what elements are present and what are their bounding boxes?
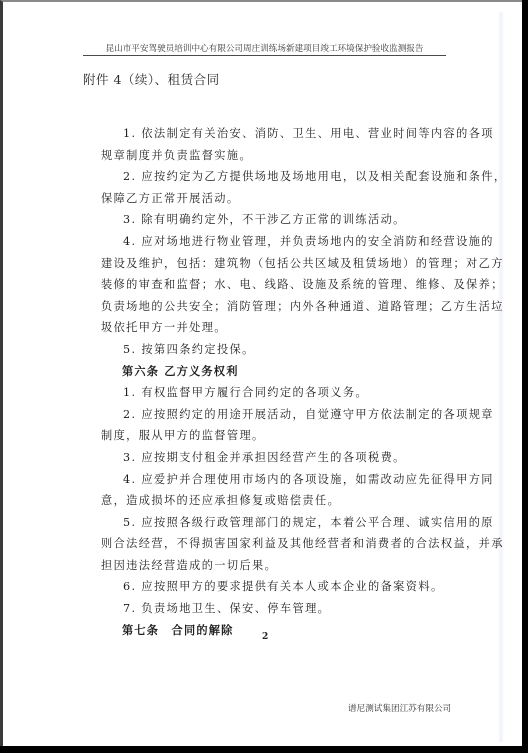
clause-line: 担因违法经营造成的一切后果。 [101,555,451,577]
clause-line: 4. 应爱护并合理使用市场内的各项设施，如需改动应先征得甲方同 [101,469,451,491]
document-page: 昆山市平安驾驶员培训中心有限公司周庄训练场新建项目竣工环境保护验收监测报告 附件… [0,0,522,746]
clause-line: 3. 应按期支付租金并承担因经营产生的各项税费。 [101,447,451,469]
report-header: 昆山市平安驾驶员培训中心有限公司周庄训练场新建项目竣工环境保护验收监测报告 [83,42,446,54]
clause-line: 1. 有权监督甲方履行合同约定的各项义务。 [101,382,451,404]
clause-line: 制度，服从甲方的监督管理。 [101,425,451,447]
clause-line: 7. 负责场地卫生、保安、停车管理。 [101,598,451,620]
clause-line: 1. 依法制定有关治安、消防、卫生、用电、营业时间等内容的各项 [101,123,451,145]
clause-line: 装修的审查和监督；水、电、线路、设施及系统的管理、维修、及保养； [101,274,451,296]
clause-line: 则合法经营，不得损害国家利益及其他经营者和消费者的合法权益，并承 [101,533,451,555]
clause-line: 建设及维护，包括：建筑物（包括公共区域及租赁场地）的管理；对乙方 [101,253,451,275]
clause-line: 意，造成损坏的还应承担修复或赔偿责任。 [101,490,451,512]
section-heading-article-7: 第七条 合同的解除 [101,620,451,642]
attachment-title: 附件 4（续）、租赁合同 [83,70,220,88]
contract-body: 1. 依法制定有关治安、消防、卫生、用电、营业时间等内容的各项 规章制度并负责监… [101,123,451,641]
scan-artifact [498,12,504,742]
section-heading-article-6: 第六条 乙方义务权利 [101,361,451,383]
clause-line: 圾依托甲方一并处理。 [101,317,451,339]
clause-line: 2. 应按约定为乙方提供场地及场地用电，以及相关配套设施和条件， [101,166,451,188]
clause-line: 3. 除有明确约定外，不干涉乙方正常的训练活动。 [101,209,451,231]
clause-line: 2. 应按照约定的用途开展活动，自觉遵守甲方依法制定的各项规章 [101,404,451,426]
clause-line: 负责场地的公共安全；消防管理；内外各种通道、道路管理；乙方生活垃 [101,296,451,318]
clause-line: 6. 应按照甲方的要求提供有关本人或本企业的备案资料。 [101,576,451,598]
clause-line: 规章制度并负责监督实施。 [101,145,451,167]
clause-line: 5. 按第四条约定投保。 [101,339,451,361]
clause-line: 5. 应按照各级行政管理部门的规定，本着公平合理、诚实信用的原 [101,512,451,534]
page-number: 2 [262,632,268,642]
header-divider [83,55,446,56]
footer-company: 谱尼测试集团江苏有限公司 [348,702,451,714]
clause-line: 4. 应对场地进行物业管理，并负责场地内的安全消防和经营设施的 [101,231,451,253]
clause-line: 保障乙方正常开展活动。 [101,188,451,210]
